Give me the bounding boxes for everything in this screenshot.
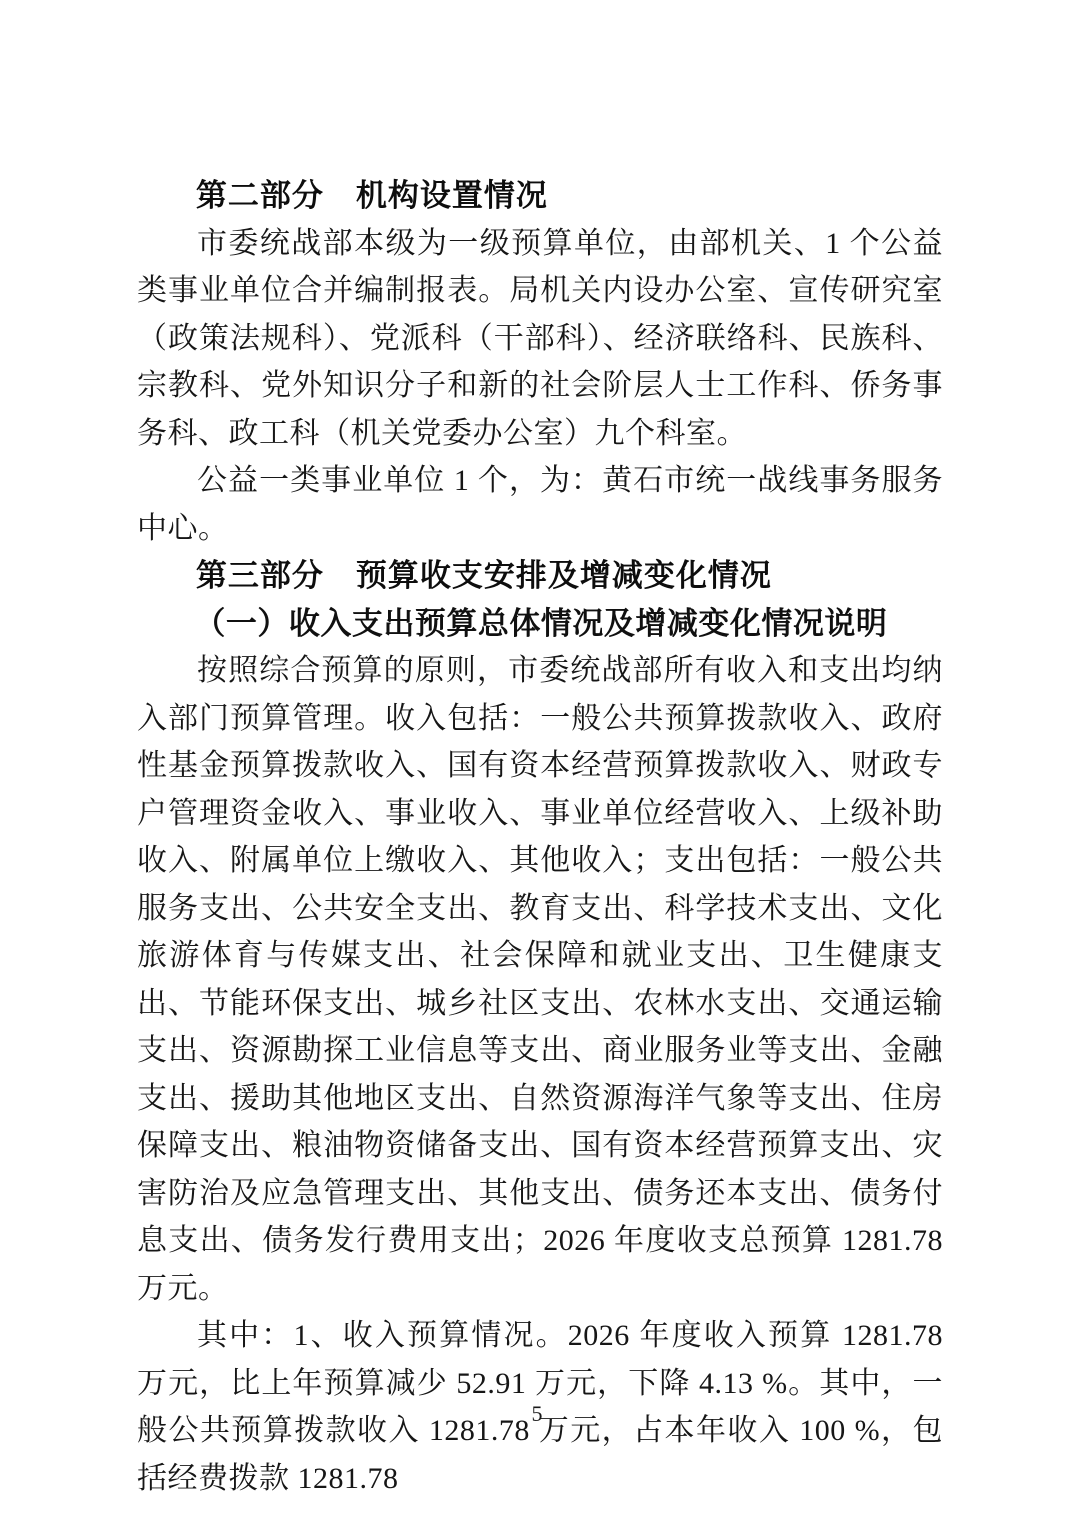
section-heading-part2: 第二部分 机构设置情况 <box>137 172 943 220</box>
paragraph-budget-scope: 按照综合预算的原则，市委统战部所有收入和支出均纳入部门预算管理。收入包括：一般公… <box>137 647 943 1312</box>
page-number: 5 <box>0 1400 1074 1428</box>
subsection-heading-budget-overview: （一）收入支出预算总体情况及增减变化情况说明 <box>137 600 943 648</box>
paragraph-org-structure: 市委统战部本级为一级预算单位，由部机关、1 个公益类事业单位合并编制报表。局机关… <box>137 220 943 458</box>
section-heading-part3: 第三部分 预算收支安排及增减变化情况 <box>137 552 943 600</box>
paragraph-public-institution: 公益一类事业单位 1 个，为：黄石市统一战线事务服务中心。 <box>137 457 943 552</box>
document-page: 第二部分 机构设置情况 市委统战部本级为一级预算单位，由部机关、1 个公益类事业… <box>0 0 1074 1520</box>
document-body: 第二部分 机构设置情况 市委统战部本级为一级预算单位，由部机关、1 个公益类事业… <box>137 172 943 1502</box>
